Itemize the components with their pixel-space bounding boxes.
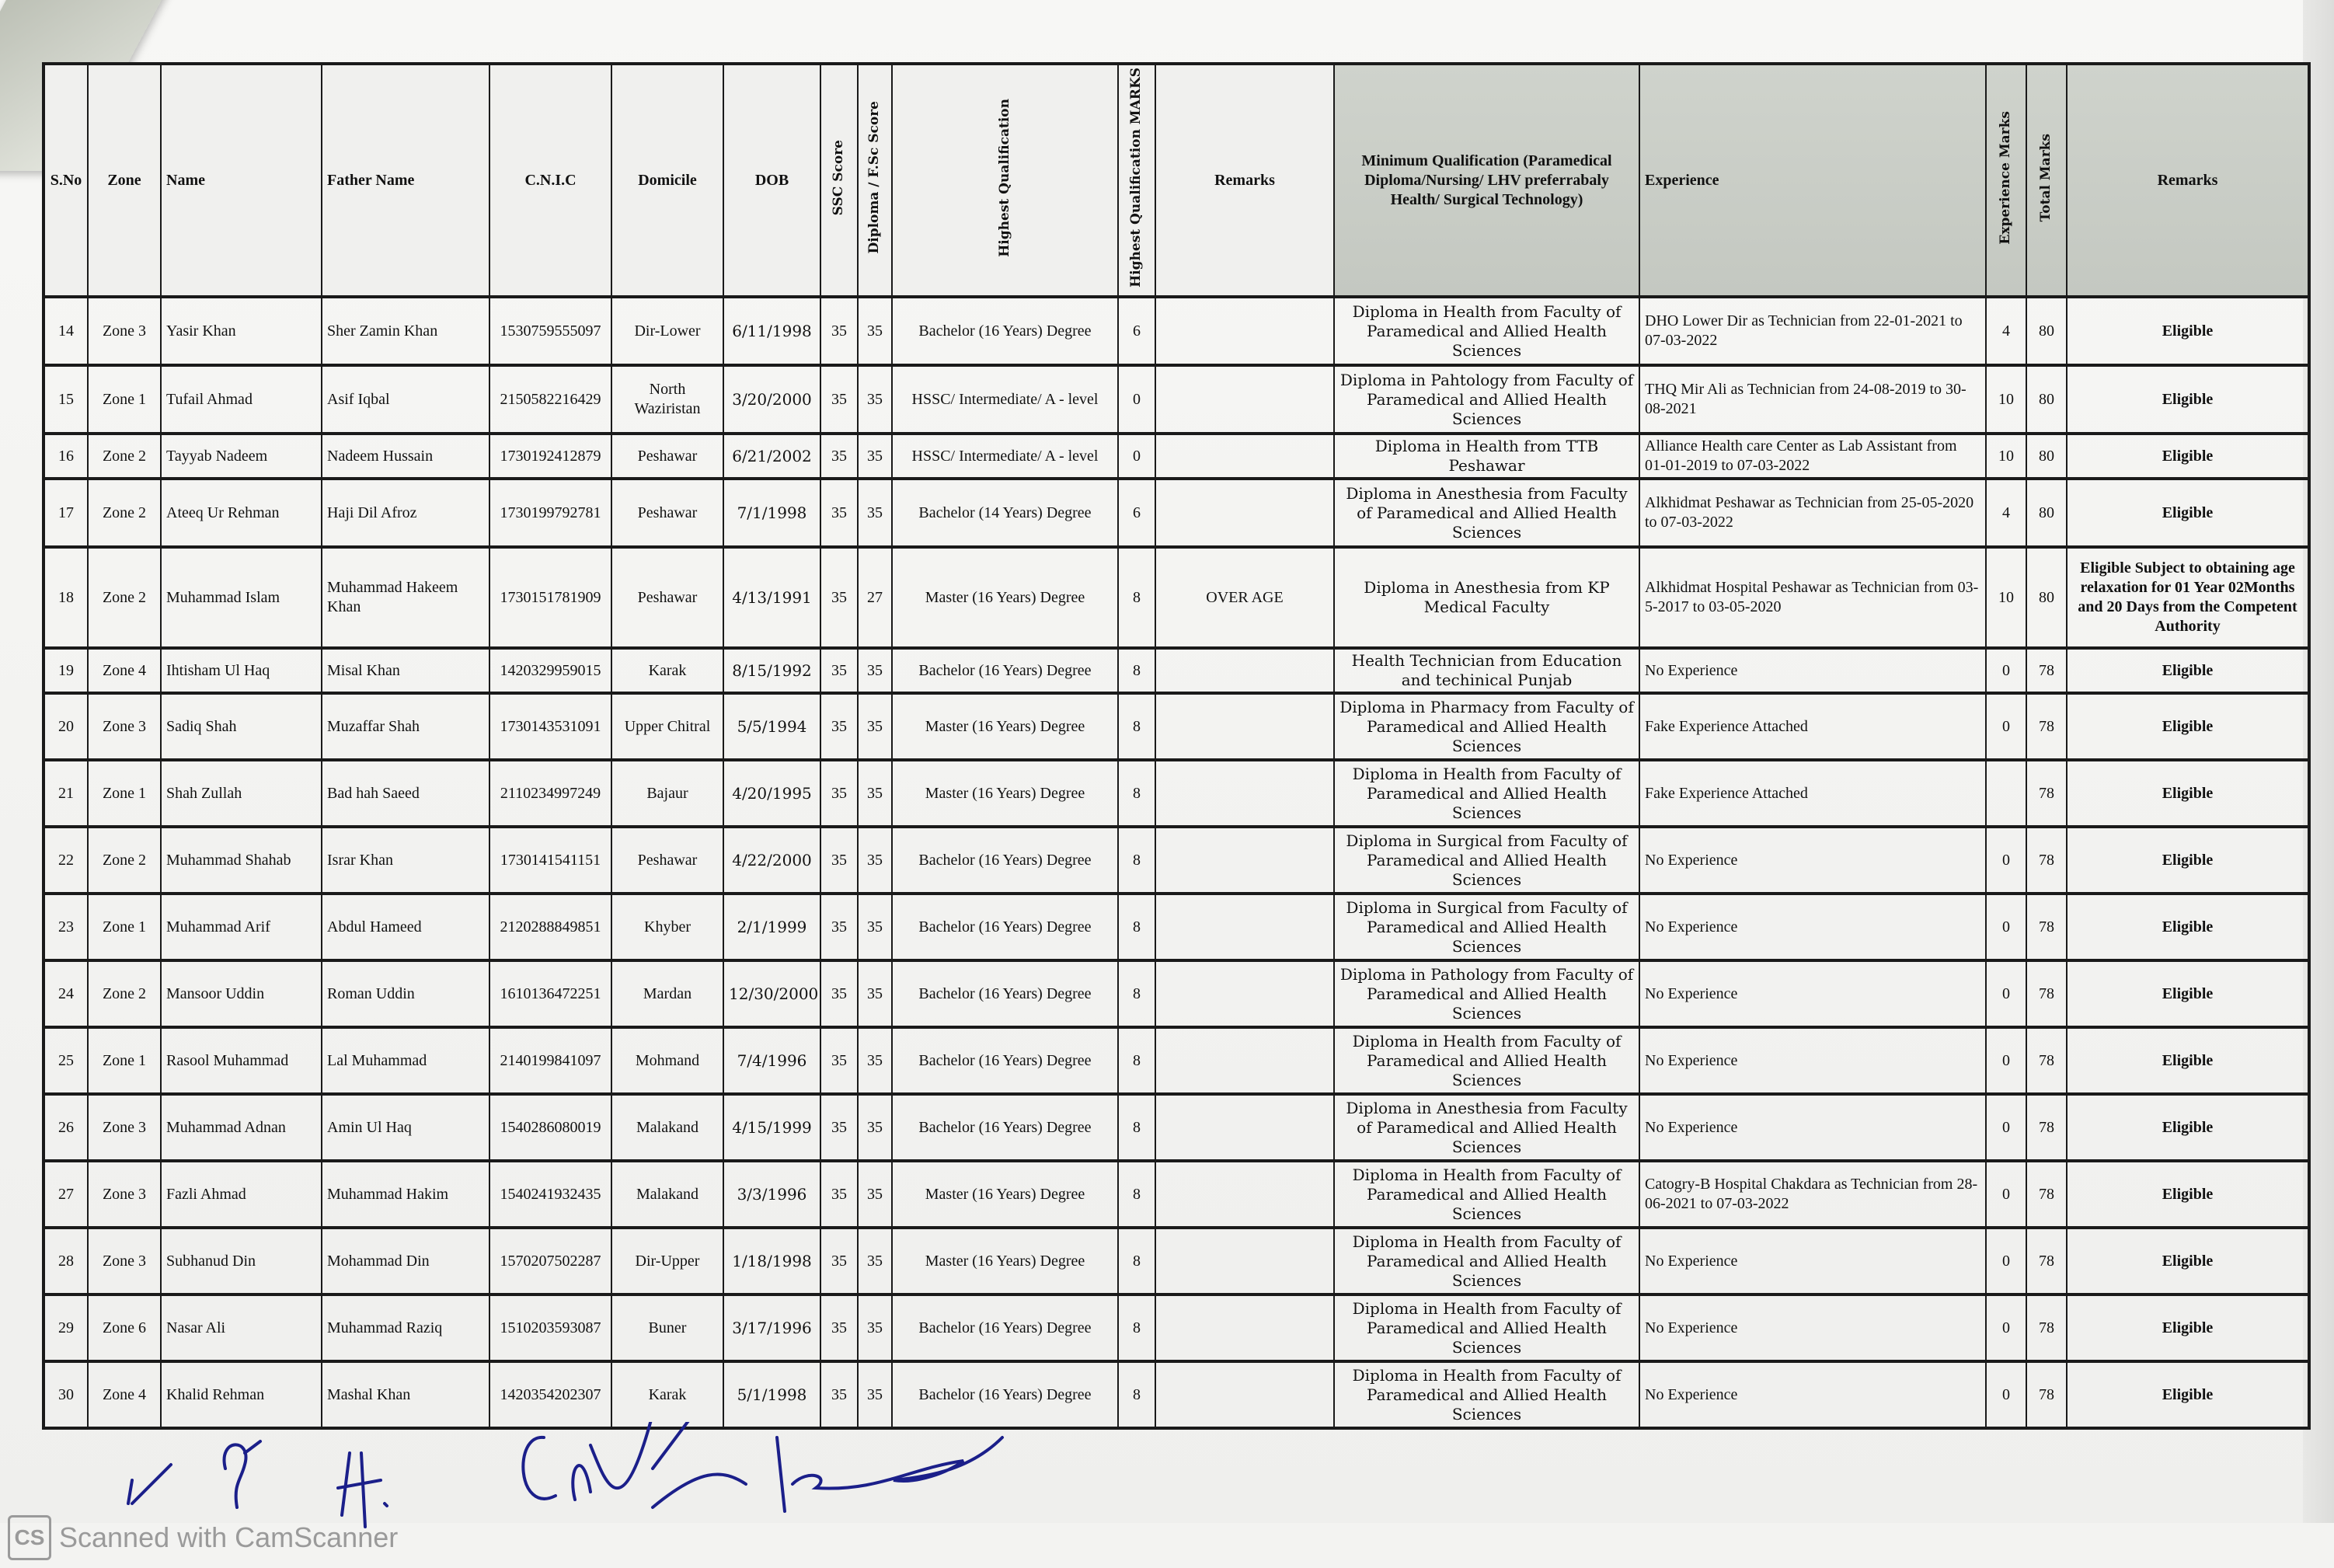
- row-cnic: 1510203593087: [489, 1294, 611, 1361]
- row-experience-marks: 0: [1986, 1027, 2026, 1094]
- row-zone: Zone 3: [88, 1094, 161, 1161]
- header-domicile: Domicile: [611, 64, 723, 297]
- row-hq-marks: 8: [1118, 547, 1155, 648]
- row-minimum-qualification: Diploma in Pharmacy from Faculty of Para…: [1334, 693, 1639, 760]
- row-name: Ateeq Ur Rehman: [161, 479, 322, 547]
- row-sno: 23: [44, 894, 88, 960]
- row-zone: Zone 2: [88, 434, 161, 479]
- watermark-text: Scanned with CamScanner: [59, 1521, 398, 1554]
- table-row: 23Zone 1Muhammad ArifAbdul Hameed2120288…: [44, 894, 2309, 960]
- row-eligibility: Eligible: [2067, 648, 2309, 693]
- row-hq-marks: 6: [1118, 479, 1155, 547]
- row-sno: 16: [44, 434, 88, 479]
- row-name: Muhammad Adnan: [161, 1094, 322, 1161]
- row-diploma-score: 35: [858, 760, 892, 827]
- row-domicile: Dir-Lower: [611, 297, 723, 365]
- row-diploma-score: 35: [858, 434, 892, 479]
- row-dob: 6/11/1998: [723, 297, 820, 365]
- row-domicile: Peshawar: [611, 479, 723, 547]
- row-sno: 28: [44, 1228, 88, 1294]
- row-domicile: Karak: [611, 1361, 723, 1428]
- row-hq-marks: 8: [1118, 827, 1155, 894]
- row-remarks: [1155, 1094, 1334, 1161]
- row-highest-qualification: Bachelor (16 Years) Degree: [892, 827, 1118, 894]
- row-ssc-score: 35: [820, 1094, 858, 1161]
- row-experience-marks: 0: [1986, 1094, 2026, 1161]
- row-eligibility: Eligible: [2067, 1161, 2309, 1228]
- row-minimum-qualification: Diploma in Anesthesia from Faculty of Pa…: [1334, 1094, 1639, 1161]
- row-total-marks: 80: [2026, 434, 2067, 479]
- row-total-marks: 80: [2026, 479, 2067, 547]
- row-minimum-qualification: Health Technician from Education and tec…: [1334, 648, 1639, 693]
- row-cnic: 1610136472251: [489, 960, 611, 1027]
- row-remarks: [1155, 827, 1334, 894]
- signature-marks: [128, 1422, 1002, 1527]
- header-diploma-score-text: Diploma / F.Sc Score: [866, 101, 883, 254]
- row-eligibility: Eligible Subject to obtaining age relaxa…: [2067, 547, 2309, 648]
- table-row: 14Zone 3Yasir KhanSher Zamin Khan1530759…: [44, 297, 2309, 365]
- row-highest-qualification: Bachelor (16 Years) Degree: [892, 1027, 1118, 1094]
- table-header-row: S.No Zone Name Father Name C.N.I.C Domic…: [44, 64, 2309, 297]
- row-eligibility: Eligible: [2067, 297, 2309, 365]
- row-zone: Zone 1: [88, 365, 161, 434]
- table-row: 21Zone 1Shah ZullahBad hah Saeed21102349…: [44, 760, 2309, 827]
- row-zone: Zone 6: [88, 1294, 161, 1361]
- row-experience: DHO Lower Dir as Technician from 22-01-2…: [1639, 297, 1986, 365]
- row-remarks: [1155, 1228, 1334, 1294]
- header-experience-marks: Experience Marks: [1986, 64, 2026, 297]
- row-hq-marks: 8: [1118, 960, 1155, 1027]
- row-ssc-score: 35: [820, 827, 858, 894]
- table-row: 29Zone 6Nasar AliMuhammad Raziq151020359…: [44, 1294, 2309, 1361]
- row-zone: Zone 1: [88, 760, 161, 827]
- row-experience: Fake Experience Attached: [1639, 760, 1986, 827]
- row-minimum-qualification: Diploma in Health from Faculty of Parame…: [1334, 297, 1639, 365]
- row-experience-marks: 0: [1986, 1361, 2026, 1428]
- row-hq-marks: 8: [1118, 1361, 1155, 1428]
- header-remarks-2: Remarks: [2067, 64, 2309, 297]
- row-experience-marks: 0: [1986, 1228, 2026, 1294]
- row-domicile: Karak: [611, 648, 723, 693]
- row-dob: 2/1/1999: [723, 894, 820, 960]
- header-total-marks: Total Marks: [2026, 64, 2067, 297]
- row-name: Muhammad Shahab: [161, 827, 322, 894]
- row-father-name: Lal Muhammad: [322, 1027, 489, 1094]
- row-zone: Zone 3: [88, 1161, 161, 1228]
- row-sno: 18: [44, 547, 88, 648]
- row-name: Mansoor Uddin: [161, 960, 322, 1027]
- row-highest-qualification: Master (16 Years) Degree: [892, 760, 1118, 827]
- row-name: Muhammad Arif: [161, 894, 322, 960]
- row-experience-marks: 0: [1986, 693, 2026, 760]
- row-dob: 8/15/1992: [723, 648, 820, 693]
- row-experience-marks: 0: [1986, 827, 2026, 894]
- row-hq-marks: 8: [1118, 1094, 1155, 1161]
- row-remarks: [1155, 1027, 1334, 1094]
- row-ssc-score: 35: [820, 894, 858, 960]
- row-sno: 25: [44, 1027, 88, 1094]
- header-experience-marks-text: Experience Marks: [1998, 111, 2014, 245]
- row-dob: 7/1/1998: [723, 479, 820, 547]
- row-minimum-qualification: Diploma in Health from TTB Peshawar: [1334, 434, 1639, 479]
- row-eligibility: Eligible: [2067, 1361, 2309, 1428]
- row-total-marks: 78: [2026, 1228, 2067, 1294]
- row-minimum-qualification: Diploma in Health from Faculty of Parame…: [1334, 1027, 1639, 1094]
- header-zone: Zone: [88, 64, 161, 297]
- row-experience-marks: [1986, 760, 2026, 827]
- row-total-marks: 78: [2026, 1361, 2067, 1428]
- row-diploma-score: 35: [858, 1094, 892, 1161]
- row-father-name: Asif Iqbal: [322, 365, 489, 434]
- row-experience: THQ Mir Ali as Technician from 24-08-201…: [1639, 365, 1986, 434]
- row-dob: 3/20/2000: [723, 365, 820, 434]
- table-body: 14Zone 3Yasir KhanSher Zamin Khan1530759…: [44, 297, 2309, 1428]
- row-experience: No Experience: [1639, 1294, 1986, 1361]
- row-hq-marks: 0: [1118, 434, 1155, 479]
- row-minimum-qualification: Diploma in Surgical from Faculty of Para…: [1334, 894, 1639, 960]
- row-eligibility: Eligible: [2067, 827, 2309, 894]
- row-zone: Zone 2: [88, 547, 161, 648]
- header-experience: Experience: [1639, 64, 1986, 297]
- row-domicile: Mardan: [611, 960, 723, 1027]
- header-highest-qualification: Highest Qualification: [892, 64, 1118, 297]
- row-cnic: 1420354202307: [489, 1361, 611, 1428]
- row-father-name: Muhammad Raziq: [322, 1294, 489, 1361]
- row-name: Ihtisham Ul Haq: [161, 648, 322, 693]
- row-hq-marks: 8: [1118, 648, 1155, 693]
- row-diploma-score: 35: [858, 1161, 892, 1228]
- row-hq-marks: 8: [1118, 894, 1155, 960]
- row-dob: 4/15/1999: [723, 1094, 820, 1161]
- row-father-name: Muhammad Hakim: [322, 1161, 489, 1228]
- camscanner-watermark: CS Scanned with CamScanner: [8, 1515, 398, 1560]
- row-diploma-score: 35: [858, 1294, 892, 1361]
- row-cnic: 2140199841097: [489, 1027, 611, 1094]
- row-ssc-score: 35: [820, 1361, 858, 1428]
- row-cnic: 1730151781909: [489, 547, 611, 648]
- row-total-marks: 78: [2026, 760, 2067, 827]
- row-total-marks: 78: [2026, 894, 2067, 960]
- row-experience-marks: 4: [1986, 297, 2026, 365]
- row-cnic: 1570207502287: [489, 1228, 611, 1294]
- row-domicile: Dir-Upper: [611, 1228, 723, 1294]
- row-total-marks: 78: [2026, 648, 2067, 693]
- row-domicile: North Waziristan: [611, 365, 723, 434]
- row-eligibility: Eligible: [2067, 894, 2309, 960]
- row-dob: 3/3/1996: [723, 1161, 820, 1228]
- header-name: Name: [161, 64, 322, 297]
- row-sno: 21: [44, 760, 88, 827]
- row-ssc-score: 35: [820, 365, 858, 434]
- row-hq-marks: 8: [1118, 1294, 1155, 1361]
- row-diploma-score: 35: [858, 960, 892, 1027]
- row-highest-qualification: Master (16 Years) Degree: [892, 1161, 1118, 1228]
- camscanner-logo-icon: CS: [8, 1515, 51, 1560]
- header-highest-qualification-text: Highest Qualification: [997, 99, 1013, 257]
- row-highest-qualification: HSSC/ Intermediate/ A - level: [892, 365, 1118, 434]
- row-minimum-qualification: Diploma in Pahtology from Faculty of Par…: [1334, 365, 1639, 434]
- table-row: 20Zone 3Sadiq ShahMuzaffar Shah173014353…: [44, 693, 2309, 760]
- row-father-name: Mashal Khan: [322, 1361, 489, 1428]
- row-father-name: Mohammad Din: [322, 1228, 489, 1294]
- row-zone: Zone 2: [88, 479, 161, 547]
- row-experience: Fake Experience Attached: [1639, 693, 1986, 760]
- header-ssc-score: SSC Score: [820, 64, 858, 297]
- row-hq-marks: 0: [1118, 365, 1155, 434]
- table-row: 22Zone 2Muhammad ShahabIsrar Khan1730141…: [44, 827, 2309, 894]
- row-total-marks: 80: [2026, 297, 2067, 365]
- table-row: 24Zone 2Mansoor UddinRoman Uddin16101364…: [44, 960, 2309, 1027]
- candidate-list-table: S.No Zone Name Father Name C.N.I.C Domic…: [42, 62, 2311, 1430]
- row-ssc-score: 35: [820, 1228, 858, 1294]
- row-experience-marks: 10: [1986, 547, 2026, 648]
- row-name: Tufail Ahmad: [161, 365, 322, 434]
- row-domicile: Peshawar: [611, 827, 723, 894]
- row-remarks: [1155, 648, 1334, 693]
- row-name: Tayyab Nadeem: [161, 434, 322, 479]
- row-sno: 17: [44, 479, 88, 547]
- row-ssc-score: 35: [820, 1027, 858, 1094]
- row-name: Sadiq Shah: [161, 693, 322, 760]
- row-diploma-score: 35: [858, 1027, 892, 1094]
- row-total-marks: 78: [2026, 827, 2067, 894]
- row-zone: Zone 4: [88, 1361, 161, 1428]
- row-remarks: [1155, 960, 1334, 1027]
- row-remarks: OVER AGE: [1155, 547, 1334, 648]
- row-eligibility: Eligible: [2067, 434, 2309, 479]
- row-father-name: Misal Khan: [322, 648, 489, 693]
- table-row: 18Zone 2Muhammad IslamMuhammad Hakeem Kh…: [44, 547, 2309, 648]
- row-experience: No Experience: [1639, 1094, 1986, 1161]
- row-hq-marks: 8: [1118, 1228, 1155, 1294]
- row-domicile: Malakand: [611, 1094, 723, 1161]
- row-eligibility: Eligible: [2067, 960, 2309, 1027]
- row-dob: 4/20/1995: [723, 760, 820, 827]
- row-eligibility: Eligible: [2067, 693, 2309, 760]
- row-ssc-score: 35: [820, 479, 858, 547]
- row-hq-marks: 8: [1118, 760, 1155, 827]
- row-highest-qualification: Bachelor (16 Years) Degree: [892, 894, 1118, 960]
- row-ssc-score: 35: [820, 760, 858, 827]
- row-highest-qualification: Master (16 Years) Degree: [892, 547, 1118, 648]
- row-eligibility: Eligible: [2067, 760, 2309, 827]
- row-sno: 14: [44, 297, 88, 365]
- row-experience-marks: 0: [1986, 960, 2026, 1027]
- row-father-name: Roman Uddin: [322, 960, 489, 1027]
- row-hq-marks: 6: [1118, 297, 1155, 365]
- row-experience-marks: 4: [1986, 479, 2026, 547]
- row-sno: 22: [44, 827, 88, 894]
- row-cnic: 2120288849851: [489, 894, 611, 960]
- row-highest-qualification: Bachelor (16 Years) Degree: [892, 960, 1118, 1027]
- header-total-marks-text: Total Marks: [2038, 134, 2054, 221]
- row-dob: 1/18/1998: [723, 1228, 820, 1294]
- row-eligibility: Eligible: [2067, 1094, 2309, 1161]
- row-cnic: 1420329959015: [489, 648, 611, 693]
- row-ssc-score: 35: [820, 693, 858, 760]
- row-diploma-score: 35: [858, 648, 892, 693]
- row-experience-marks: 0: [1986, 1161, 2026, 1228]
- header-diploma-score: Diploma / F.Sc Score: [858, 64, 892, 297]
- header-hq-marks: Highest Qualification MARKS: [1118, 64, 1155, 297]
- row-name: Subhanud Din: [161, 1228, 322, 1294]
- row-minimum-qualification: Diploma in Anesthesia from Faculty of Pa…: [1334, 479, 1639, 547]
- row-highest-qualification: Master (16 Years) Degree: [892, 693, 1118, 760]
- row-dob: 5/1/1998: [723, 1361, 820, 1428]
- row-cnic: 1540241932435: [489, 1161, 611, 1228]
- row-experience: Alliance Health care Center as Lab Assis…: [1639, 434, 1986, 479]
- row-dob: 12/30/2000: [723, 960, 820, 1027]
- row-hq-marks: 8: [1118, 1161, 1155, 1228]
- row-minimum-qualification: Diploma in Health from Faculty of Parame…: [1334, 1228, 1639, 1294]
- row-domicile: Peshawar: [611, 434, 723, 479]
- row-minimum-qualification: Diploma in Health from Faculty of Parame…: [1334, 1294, 1639, 1361]
- row-remarks: [1155, 894, 1334, 960]
- row-remarks: [1155, 297, 1334, 365]
- row-cnic: 1730143531091: [489, 693, 611, 760]
- row-eligibility: Eligible: [2067, 479, 2309, 547]
- row-cnic: 1730192412879: [489, 434, 611, 479]
- row-minimum-qualification: Diploma in Surgical from Faculty of Para…: [1334, 827, 1639, 894]
- row-name: Khalid Rehman: [161, 1361, 322, 1428]
- row-highest-qualification: HSSC/ Intermediate/ A - level: [892, 434, 1118, 479]
- row-experience-marks: 0: [1986, 648, 2026, 693]
- row-experience-marks: 0: [1986, 1294, 2026, 1361]
- header-minimum-qualification: Minimum Qualification (Paramedical Diplo…: [1334, 64, 1639, 297]
- row-father-name: Muzaffar Shah: [322, 693, 489, 760]
- row-zone: Zone 3: [88, 297, 161, 365]
- row-experience: Catogry-B Hospital Chakdara as Technicia…: [1639, 1161, 1986, 1228]
- row-highest-qualification: Bachelor (16 Years) Degree: [892, 648, 1118, 693]
- row-experience: Alkhidmat Peshawar as Technician from 25…: [1639, 479, 1986, 547]
- row-dob: 5/5/1994: [723, 693, 820, 760]
- row-remarks: [1155, 1294, 1334, 1361]
- row-name: Rasool Muhammad: [161, 1027, 322, 1094]
- row-zone: Zone 3: [88, 1228, 161, 1294]
- row-sno: 27: [44, 1161, 88, 1228]
- row-name: Shah Zullah: [161, 760, 322, 827]
- row-ssc-score: 35: [820, 1161, 858, 1228]
- row-dob: 4/22/2000: [723, 827, 820, 894]
- header-dob: DOB: [723, 64, 820, 297]
- row-cnic: 1530759555097: [489, 297, 611, 365]
- row-ssc-score: 35: [820, 547, 858, 648]
- row-experience: No Experience: [1639, 648, 1986, 693]
- row-total-marks: 78: [2026, 1294, 2067, 1361]
- row-father-name: Bad hah Saeed: [322, 760, 489, 827]
- row-cnic: 2110234997249: [489, 760, 611, 827]
- row-zone: Zone 1: [88, 894, 161, 960]
- row-highest-qualification: Bachelor (16 Years) Degree: [892, 297, 1118, 365]
- row-name: Yasir Khan: [161, 297, 322, 365]
- row-diploma-score: 35: [858, 827, 892, 894]
- row-remarks: [1155, 760, 1334, 827]
- row-remarks: [1155, 1361, 1334, 1428]
- row-zone: Zone 4: [88, 648, 161, 693]
- row-minimum-qualification: Diploma in Anesthesia from KP Medical Fa…: [1334, 547, 1639, 648]
- row-remarks: [1155, 693, 1334, 760]
- row-eligibility: Eligible: [2067, 1294, 2309, 1361]
- row-father-name: Haji Dil Afroz: [322, 479, 489, 547]
- row-diploma-score: 35: [858, 1361, 892, 1428]
- header-sno: S.No: [44, 64, 88, 297]
- row-cnic: 1540286080019: [489, 1094, 611, 1161]
- row-zone: Zone 3: [88, 693, 161, 760]
- header-cnic: C.N.I.C: [489, 64, 611, 297]
- header-ssc-score-text: SSC Score: [831, 140, 847, 215]
- table-row: 25Zone 1Rasool MuhammadLal Muhammad21401…: [44, 1027, 2309, 1094]
- row-dob: 3/17/1996: [723, 1294, 820, 1361]
- row-hq-marks: 8: [1118, 1027, 1155, 1094]
- row-domicile: Malakand: [611, 1161, 723, 1228]
- row-dob: 6/21/2002: [723, 434, 820, 479]
- row-zone: Zone 2: [88, 960, 161, 1027]
- row-diploma-score: 35: [858, 297, 892, 365]
- row-diploma-score: 35: [858, 894, 892, 960]
- table-row: 30Zone 4Khalid RehmanMashal Khan14203542…: [44, 1361, 2309, 1428]
- table-row: 17Zone 2Ateeq Ur RehmanHaji Dil Afroz173…: [44, 479, 2309, 547]
- table-row: 15Zone 1Tufail AhmadAsif Iqbal2150582216…: [44, 365, 2309, 434]
- row-experience: No Experience: [1639, 1228, 1986, 1294]
- row-sno: 26: [44, 1094, 88, 1161]
- row-hq-marks: 8: [1118, 693, 1155, 760]
- row-cnic: 1730199792781: [489, 479, 611, 547]
- table-row: 27Zone 3Fazli AhmadMuhammad Hakim1540241…: [44, 1161, 2309, 1228]
- row-diploma-score: 35: [858, 479, 892, 547]
- row-cnic: 2150582216429: [489, 365, 611, 434]
- row-name: Muhammad Islam: [161, 547, 322, 648]
- row-experience-marks: 10: [1986, 365, 2026, 434]
- row-experience: No Experience: [1639, 894, 1986, 960]
- row-experience: Alkhidmat Hospital Peshawar as Technicia…: [1639, 547, 1986, 648]
- row-experience: No Experience: [1639, 960, 1986, 1027]
- row-highest-qualification: Bachelor (16 Years) Degree: [892, 1094, 1118, 1161]
- row-father-name: Sher Zamin Khan: [322, 297, 489, 365]
- row-total-marks: 80: [2026, 365, 2067, 434]
- row-father-name: Muhammad Hakeem Khan: [322, 547, 489, 648]
- row-domicile: Buner: [611, 1294, 723, 1361]
- row-zone: Zone 1: [88, 1027, 161, 1094]
- row-diploma-score: 27: [858, 547, 892, 648]
- row-domicile: Bajaur: [611, 760, 723, 827]
- scanned-page: S.No Zone Name Father Name C.N.I.C Domic…: [0, 0, 2334, 1523]
- row-sno: 15: [44, 365, 88, 434]
- row-name: Nasar Ali: [161, 1294, 322, 1361]
- row-highest-qualification: Bachelor (14 Years) Degree: [892, 479, 1118, 547]
- row-zone: Zone 2: [88, 827, 161, 894]
- row-domicile: Khyber: [611, 894, 723, 960]
- table-row: 28Zone 3Subhanud DinMohammad Din15702075…: [44, 1228, 2309, 1294]
- row-remarks: [1155, 365, 1334, 434]
- row-domicile: Upper Chitral: [611, 693, 723, 760]
- row-highest-qualification: Master (16 Years) Degree: [892, 1228, 1118, 1294]
- row-father-name: Amin Ul Haq: [322, 1094, 489, 1161]
- row-remarks: [1155, 1161, 1334, 1228]
- row-diploma-score: 35: [858, 1228, 892, 1294]
- row-ssc-score: 35: [820, 648, 858, 693]
- row-total-marks: 78: [2026, 1027, 2067, 1094]
- table-row: 26Zone 3Muhammad AdnanAmin Ul Haq1540286…: [44, 1094, 2309, 1161]
- row-experience: No Experience: [1639, 1361, 1986, 1428]
- row-remarks: [1155, 479, 1334, 547]
- row-sno: 30: [44, 1361, 88, 1428]
- row-diploma-score: 35: [858, 365, 892, 434]
- header-father-name: Father Name: [322, 64, 489, 297]
- row-dob: 4/13/1991: [723, 547, 820, 648]
- row-experience-marks: 10: [1986, 434, 2026, 479]
- row-eligibility: Eligible: [2067, 365, 2309, 434]
- row-minimum-qualification: Diploma in Pathology from Faculty of Par…: [1334, 960, 1639, 1027]
